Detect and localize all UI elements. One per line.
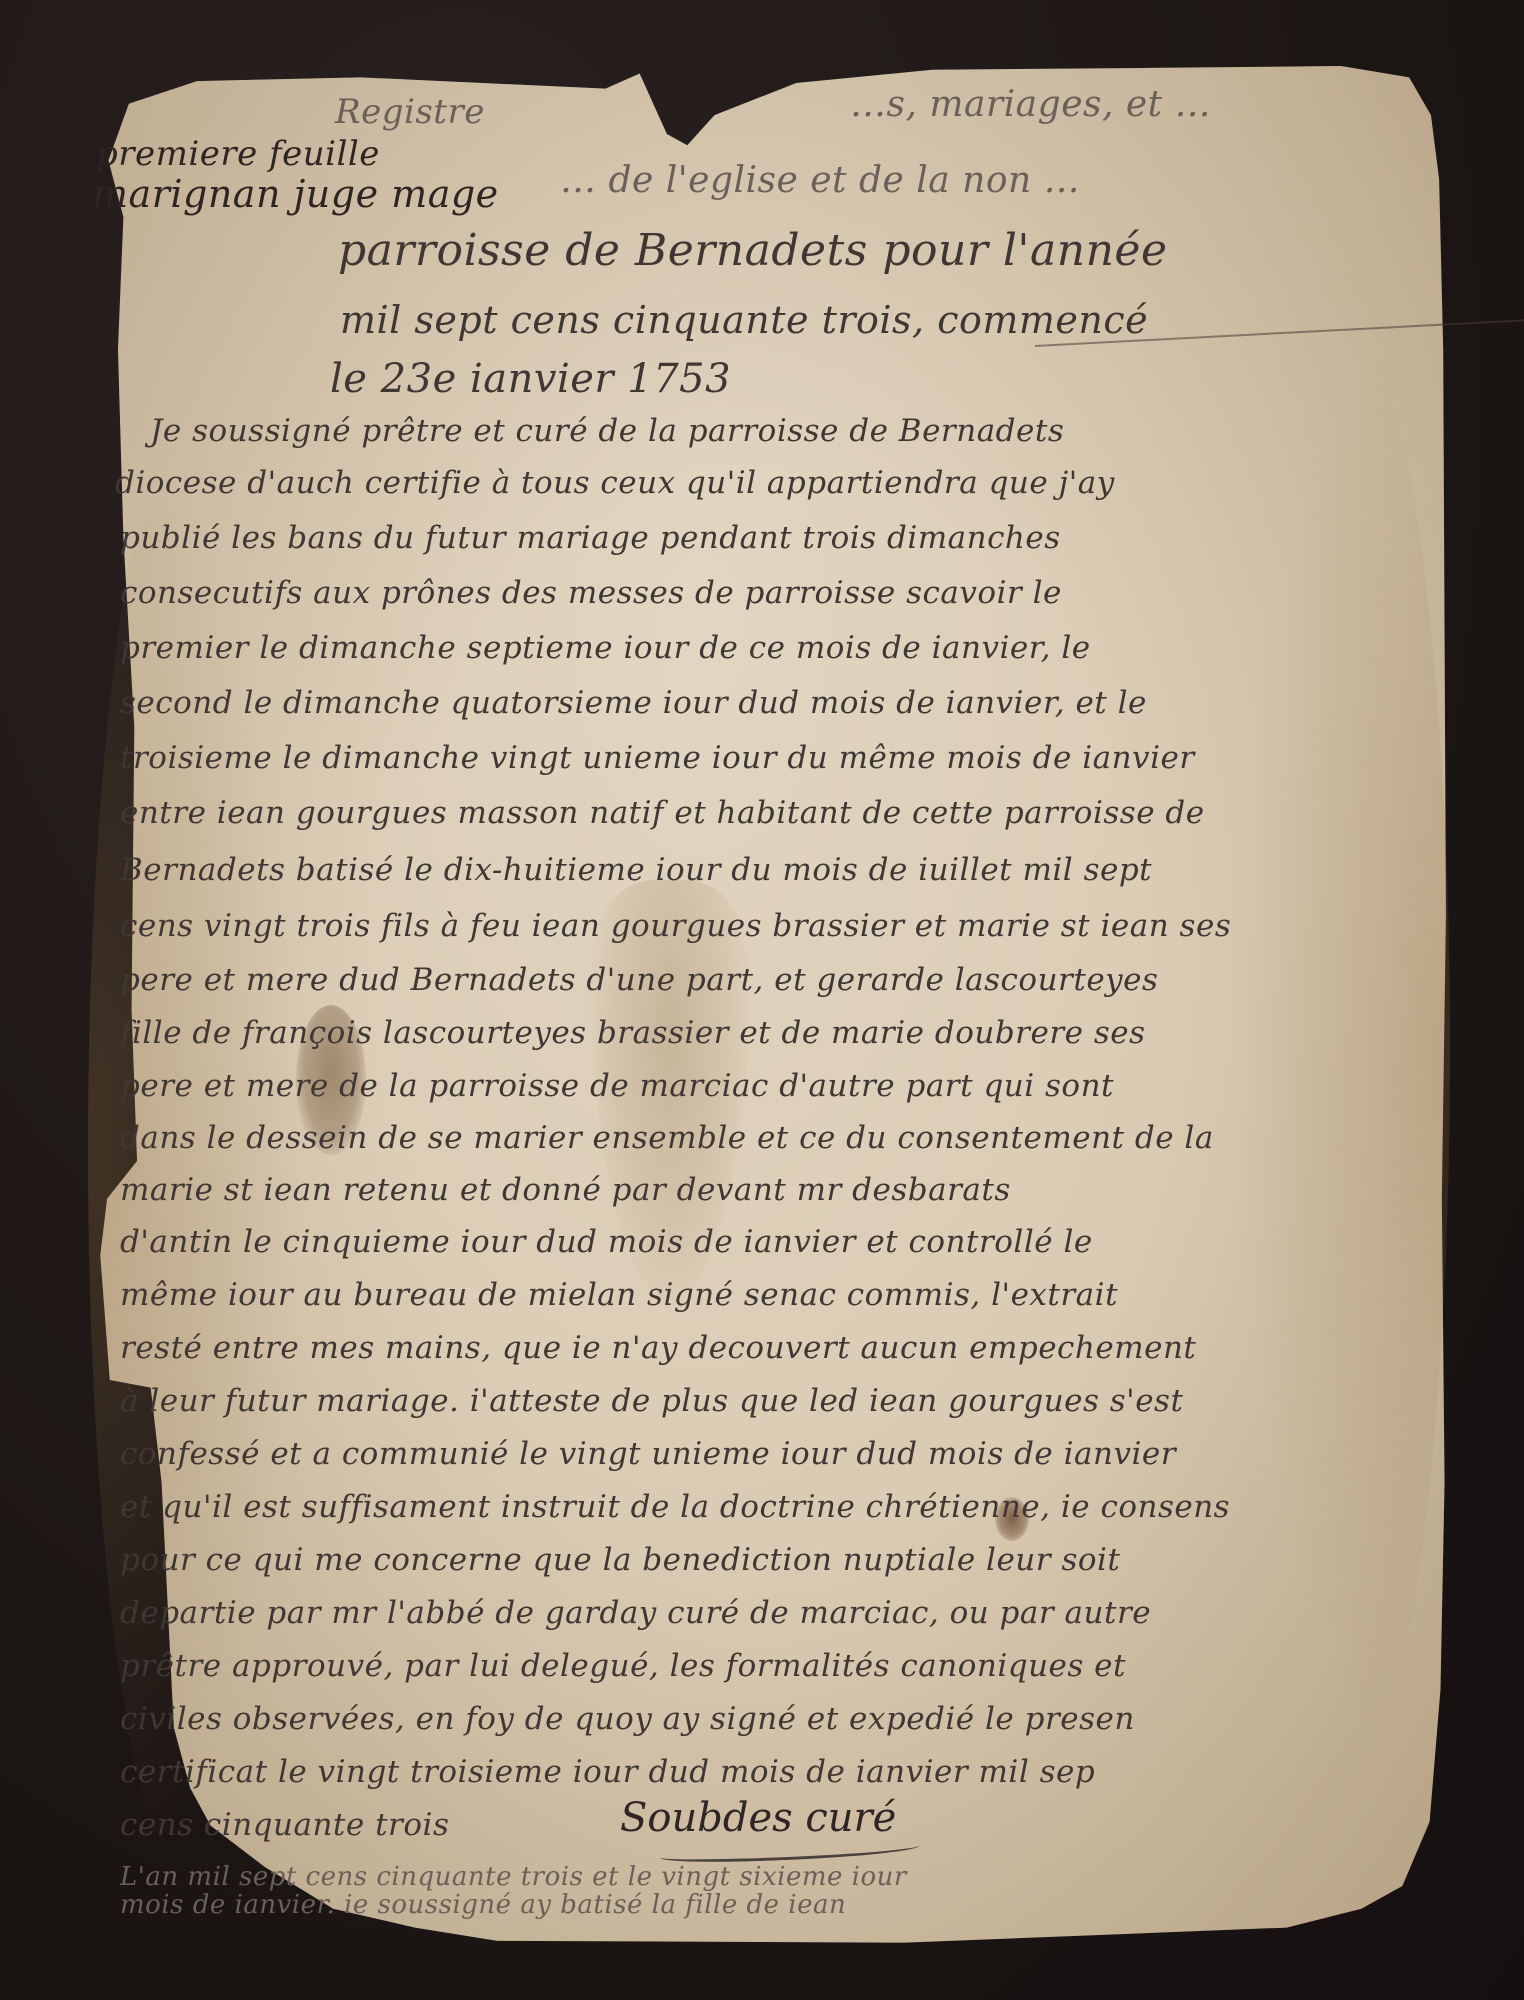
margin-note-line1: premiere feuille — [96, 134, 380, 174]
header-mariages: …s, mariages, et … — [850, 84, 1211, 125]
entry1-line: troisieme le dimanche vingt unieme iour … — [120, 740, 1195, 776]
entry1-line: et qu'il est suffisament instruit de la … — [120, 1489, 1230, 1525]
margin-note-line2: marignan juge mage — [92, 172, 499, 216]
entry1-line: pere et mere de la parroisse de marciac … — [120, 1068, 1114, 1104]
entry1-line: second le dimanche quatorsieme iour dud … — [120, 685, 1147, 721]
entry1-line: fille de françois lascourteyes brassier … — [120, 1015, 1146, 1051]
entry1-line: entre iean gourgues masson natif et habi… — [120, 795, 1205, 831]
entry1-line: resté entre mes mains, que ie n'ay decou… — [120, 1330, 1196, 1366]
entry1-line: prêtre approuvé, par lui delegué, les fo… — [120, 1648, 1126, 1684]
entry1-line: à leur futur mariage. i'atteste de plus … — [120, 1383, 1183, 1419]
entry1-line: consecutifs aux prônes des messes de par… — [120, 575, 1062, 611]
entry1-line: marie st iean retenu et donné par devant… — [120, 1172, 1011, 1208]
entry1-line: civiles observées, en foy de quoy ay sig… — [120, 1701, 1135, 1737]
entry1-line: premier le dimanche septieme iour de ce … — [120, 630, 1091, 666]
header-registre: Registre — [335, 92, 485, 132]
header-year: mil sept cens cinquante trois, commencé — [340, 298, 1148, 342]
entry1-line: Je soussigné prêtre et curé de la parroi… — [150, 413, 1064, 449]
entry1-line: pour ce qui me concerne que la benedicti… — [120, 1542, 1120, 1578]
entry1-line: pere et mere dud Bernadets d'une part, e… — [120, 962, 1158, 998]
entry1-line: dans le dessein de se marier ensemble et… — [120, 1120, 1214, 1156]
entry1-line: departie par mr l'abbé de garday curé de… — [120, 1595, 1151, 1631]
entry1-line: cens cinquante trois — [120, 1807, 449, 1843]
manuscript-text: premiere feuille marignan juge mage Regi… — [0, 0, 1524, 2000]
header-eglise: … de l'eglise et de la non … — [560, 160, 1080, 201]
header-parroisse: parroisse de Bernadets pour l'année — [338, 225, 1168, 276]
entry1-line: diocese d'auch certifie à tous ceux qu'i… — [115, 465, 1115, 501]
entry1-line: confessé et a communié le vingt unieme i… — [120, 1436, 1176, 1472]
entry2-line: mois de ianvier. ie soussigné ay batisé … — [120, 1890, 846, 1920]
entry1-line: publié les bans du futur mariage pendant… — [120, 520, 1061, 556]
entry2-line: L'an mil sept cens cinquante trois et le… — [120, 1862, 907, 1892]
entry1-line: d'antin le cinquieme iour dud mois de ia… — [120, 1224, 1093, 1260]
entry1-line: même iour au bureau de mielan signé sena… — [120, 1277, 1118, 1313]
entry1-line: Bernadets batisé le dix-huitieme iour du… — [120, 852, 1152, 888]
signature-flourish — [660, 1838, 920, 1864]
signature-cure: Soubdes curé — [620, 1795, 896, 1841]
header-date: le 23e ianvier 1753 — [330, 356, 731, 402]
entry1-line: certificat le vingt troisieme iour dud m… — [120, 1754, 1095, 1790]
entry1-line: cens vingt trois fils à feu iean gourgue… — [120, 908, 1231, 944]
